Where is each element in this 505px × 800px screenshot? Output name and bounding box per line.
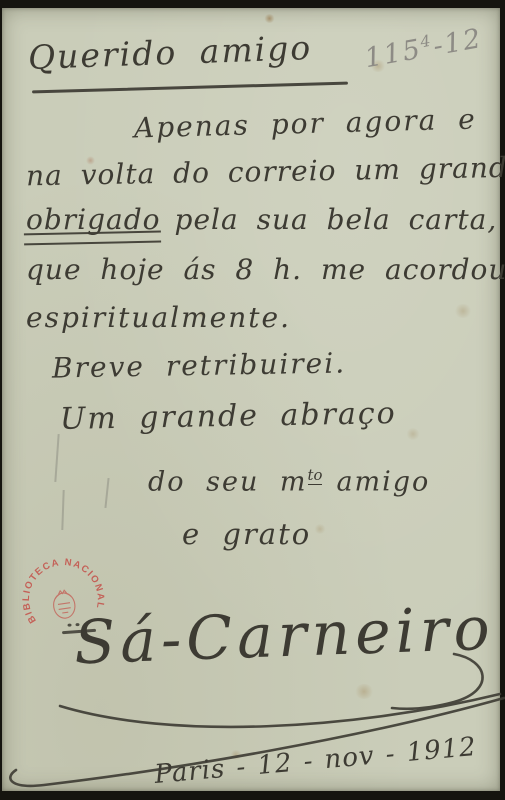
body-line-7: Um grande abraço — [60, 399, 397, 435]
closing-superscript: to — [308, 466, 323, 485]
closing-part-1: do seu m — [148, 466, 308, 497]
body-line-2: na volta do correio um grande — [26, 154, 505, 191]
emphasized-word-obrigado: obrigado — [26, 206, 161, 234]
paper-stain — [314, 524, 326, 534]
body-line-5: espiritualmente. — [26, 304, 291, 332]
salutation: Querido amigo — [28, 31, 313, 74]
pencil-smudge — [54, 434, 59, 482]
closing-line-2: e grato — [182, 520, 311, 549]
closing-part-2: amigo — [336, 466, 430, 497]
salutation-underline — [32, 82, 348, 94]
closing-line-1: do seu mtoamigo — [148, 468, 430, 495]
body-line-1: Apenas por agora e — [134, 106, 477, 143]
signature: Sá-Carneiro — [73, 599, 495, 674]
postcard-paper: Querido amigo 1154-12 Apenas por agora e… — [2, 8, 500, 791]
dateline: Paris - 12 - nov - 1912 — [153, 734, 477, 788]
paper-stain — [454, 304, 472, 318]
paper-stain — [354, 684, 374, 699]
pencil-smudge — [61, 490, 64, 530]
body-line-3-rest: pela sua bela carta, — [175, 203, 498, 236]
pencil-smudge — [104, 478, 109, 508]
archival-number-suffix: 12 — [442, 23, 485, 60]
archival-number-prefix: 115 — [362, 34, 424, 75]
signature-underline — [60, 694, 500, 727]
body-line-4: que hoje ás 8 h. me acordou — [26, 256, 505, 284]
scanned-postcard: Querido amigo 1154-12 Apenas por agora e… — [0, 0, 505, 800]
archival-number: 1154-12 — [362, 22, 485, 74]
paper-stain — [406, 428, 420, 440]
paper-stain — [264, 14, 275, 23]
body-line-3: obrigadopela sua bela carta, — [26, 206, 497, 234]
body-line-6: Breve retribuirei. — [52, 349, 347, 382]
